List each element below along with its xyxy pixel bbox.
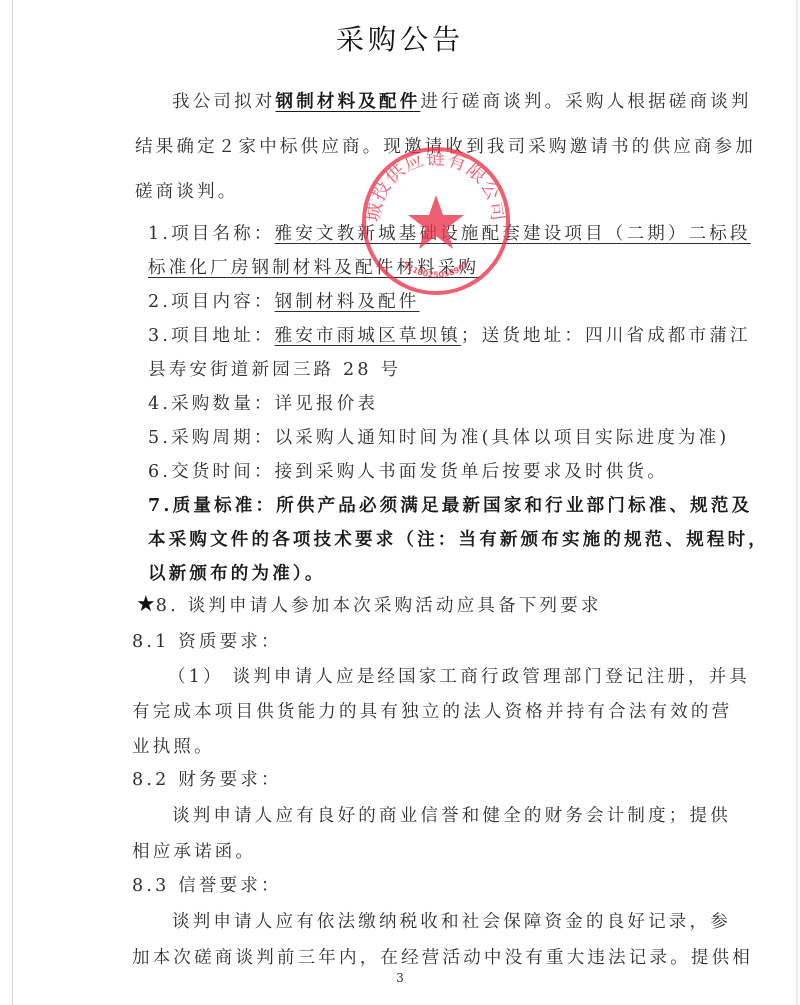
item-1: 1.项目名称：雅安文教新城基础设施配套建设项目（二期）二标段: [148, 220, 751, 245]
item-value: 标准化厂房钢制材料及配件材料采购: [148, 258, 479, 278]
item-value: 雅安文教新城基础设施配套建设项目（二期）二标段: [275, 224, 751, 244]
seal-text: 城投供应链有限公司: [362, 147, 509, 223]
item-2: 2.项目内容：钢制材料及配件: [148, 288, 420, 313]
page-title: 采购公告: [0, 18, 800, 58]
page-number: 3: [0, 971, 800, 985]
item-label: 3.项目地址：: [148, 326, 275, 346]
section-8-1-line: 业执照。: [132, 733, 215, 758]
item-label: 2.项目内容：: [148, 292, 275, 312]
item-value: 雅安市雨城区草坝镇: [275, 326, 461, 346]
item-7: 7.质量标准：所供产品必须满足最新国家和行业部门标准、规范及: [148, 492, 752, 517]
item-3-cont: 县寿安街道新园三路 28 号: [148, 356, 401, 381]
item-1-cont: 标准化厂房钢制材料及配件材料采购: [148, 254, 479, 279]
section-8-2-line: 相应承诺函。: [132, 838, 256, 863]
item-5: 5.采购周期：以采购人通知时间为准(具体以项目实际进度为准): [148, 424, 729, 449]
highlighted-subject: 钢制材料及配件: [276, 92, 421, 112]
star-icon: ★: [136, 592, 156, 617]
item-4: 4.采购数量：详见报价表: [148, 390, 378, 415]
item-6: 6.交货时间：接到采购人书面发货单后按要求及时供货。: [148, 458, 668, 483]
svg-text:城投供应链有限公司: 城投供应链有限公司: [362, 147, 509, 223]
intro-line-2: 结果确定２家中标供应商。现邀请收到我司采购邀请书的供应商参加: [135, 133, 756, 158]
item-3: 3.项目地址：雅安市雨城区草坝镇；送货地址：四川省成都市蒲江: [148, 322, 751, 347]
page-edge: [796, 0, 798, 1005]
section-8-1-line: （1） 谈判申请人应是经国家工商行政管理部门登记注册，并具: [168, 663, 750, 688]
intro-line-1: 我公司拟对钢制材料及配件进行磋商谈判。采购人根据磋商谈判: [172, 88, 752, 113]
page-edge: [12, 0, 13, 1005]
item-value: 钢制材料及配件: [275, 292, 420, 312]
section-8-1-line: 有完成本项目供货能力的具有独立的法人资格并持有合法有效的营: [132, 698, 732, 723]
intro-text: 进行磋商谈判。采购人根据磋商谈判: [420, 92, 751, 112]
item-7-cont: 以新颁布的为准）。: [148, 560, 326, 585]
item-value: ；送货地址：四川省成都市蒲江: [461, 326, 751, 346]
section-8-2-line: 谈判申请人应有良好的商业信誉和健全的财务会计制度；提供: [172, 802, 731, 827]
section-8-3-line: 加本次磋商谈判前三年内，在经营活动中没有重大违法记录。提供相: [132, 944, 753, 969]
item-8: ★8. 谈判申请人参加本次采购活动应具备下列要求: [136, 592, 602, 617]
item-text: 8. 谈判申请人参加本次采购活动应具备下列要求: [156, 596, 602, 616]
item-7-cont: 本采购文件的各项技术要求（注：当有新颁布实施的规范、规程时，: [148, 526, 769, 551]
section-8-2-heading: 8.2 财务要求：: [132, 766, 282, 791]
section-8-3-heading: 8.3 信誉要求：: [132, 872, 282, 897]
intro-text: 我公司拟对: [172, 92, 276, 112]
intro-line-3: 磋商谈判。: [135, 178, 239, 203]
item-label: 1.项目名称：: [148, 224, 275, 244]
section-8-3-line: 谈判申请人应有依法缴纳税收和社会保障资金的良好记录，参: [172, 908, 731, 933]
section-8-1-heading: 8.1 资质要求：: [132, 628, 282, 653]
